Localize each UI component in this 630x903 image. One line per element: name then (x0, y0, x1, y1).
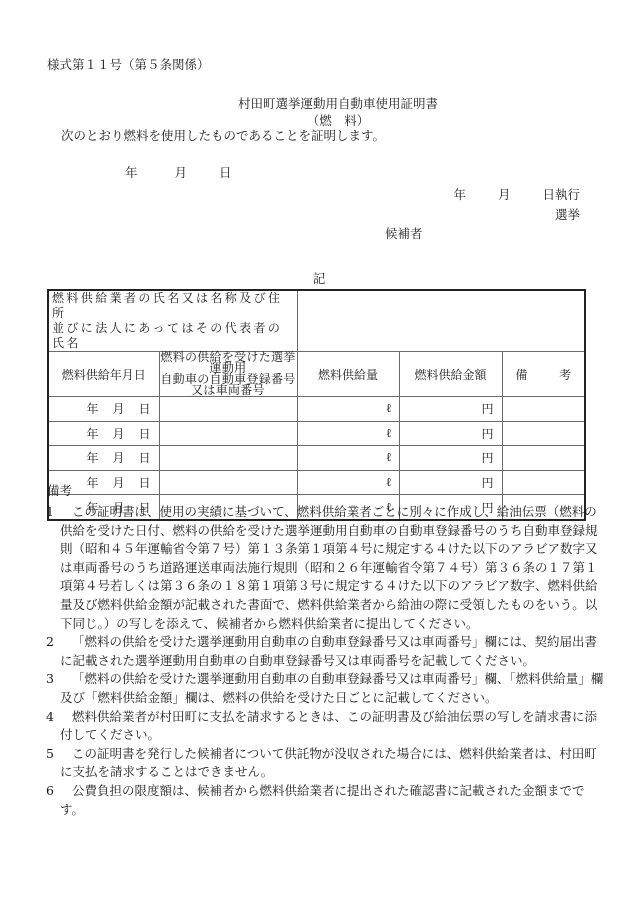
election-label: 選挙 (555, 209, 580, 222)
note-number: 5 (46, 745, 54, 764)
table-row: 年月日 ℓ 円 (48, 446, 585, 471)
supply-date-field[interactable]: 年月日 (48, 446, 159, 471)
notes-heading: 備考 (47, 485, 72, 498)
note-item: 5 この証明書を発行した候補者について供託物が没収された場合には、燃料供給業者は… (47, 745, 607, 782)
fuel-quantity-field[interactable]: ℓ (297, 397, 399, 422)
fuel-amount-field[interactable]: 円 (399, 397, 502, 422)
note-text: 燃料供給業者が村田町に支払を請求するときは、この証明書及び給油伝票の写しを請求書… (60, 708, 607, 745)
note-number: 6 (46, 782, 54, 801)
header-vehicle-number: 燃料の供給を受けた選挙運動用 自動車の自動車登録番号又は車両番号 (159, 352, 297, 397)
note-number: 3 (46, 670, 54, 689)
table-row: 年月日 ℓ 円 (48, 397, 585, 422)
issue-month-label: 月 (175, 167, 188, 180)
supplier-name-label: 燃料供給業者の氏名又は名称及び住所 並びに法人にあってはその代表者の氏名 (48, 290, 297, 352)
fuel-amount-field[interactable]: 円 (399, 446, 502, 471)
note-item: 1 この証明書は、使用の実績に基づいて、燃料供給業者ごとに別々に作成し、給油伝票… (47, 503, 607, 633)
issue-date: 年 月 日 (125, 167, 232, 180)
note-item: 6 公費負担の限度額は、候補者から燃料供給業者に提出された確認書に記載された金額… (47, 782, 607, 819)
remarks-field[interactable] (502, 397, 585, 422)
header-row: 燃料供給年月日 燃料の供給を受けた選挙運動用 自動車の自動車登録番号又は車両番号… (48, 352, 585, 397)
note-text: この証明書を発行した候補者について供託物が没収された場合には、燃料供給業者は、村… (60, 745, 607, 782)
fuel-amount-field[interactable]: 円 (399, 470, 502, 495)
record-marker: 記 (0, 273, 630, 286)
supply-date-field[interactable]: 年月日 (48, 397, 159, 422)
issue-day-label: 日 (219, 167, 232, 180)
remarks-field[interactable] (502, 446, 585, 471)
vehicle-number-field[interactable] (159, 446, 297, 471)
exec-year-label: 年 (453, 187, 466, 202)
supplier-row: 燃料供給業者の氏名又は名称及び住所 並びに法人にあってはその代表者の氏名 (48, 290, 585, 352)
certification-statement: 次のとおり燃料を使用したものであることを証明します。 (61, 130, 385, 143)
election-execution-date: 年 月 日執行 (453, 189, 580, 202)
header-remarks: 備 考 (502, 352, 585, 397)
fuel-supply-table: 燃料供給業者の氏名又は名称及び住所 並びに法人にあってはその代表者の氏名 燃料供… (47, 289, 586, 521)
exec-day-label: 日執行 (542, 189, 580, 202)
note-item: 3 「燃料の供給を受けた選挙運動用自動車の自動車登録番号又は車両番号」欄、「燃料… (47, 670, 607, 707)
document-title: 村田町選挙運動用自動車使用証明書 (0, 98, 630, 111)
note-text: この証明書は、使用の実績に基づいて、燃料供給業者ごとに別々に作成し、給油伝票（燃… (60, 503, 607, 633)
note-text: 公費負担の限度額は、候補者から燃料供給業者に提出された確認書に記載された金額まで… (60, 782, 607, 819)
header-fuel-amount: 燃料供給金額 (399, 352, 502, 397)
notes-list: 1 この証明書は、使用の実績に基づいて、燃料供給業者ごとに別々に作成し、給油伝票… (47, 503, 607, 819)
supply-date-field[interactable]: 年月日 (48, 421, 159, 446)
note-text: 「燃料の供給を受けた選挙運動用自動車の自動車登録番号又は車両番号」欄には、契約届… (60, 633, 607, 670)
table-row: 年月日 ℓ 円 (48, 470, 585, 495)
fuel-quantity-field[interactable]: ℓ (297, 421, 399, 446)
vehicle-number-field[interactable] (159, 397, 297, 422)
header-supply-date: 燃料供給年月日 (48, 352, 159, 397)
fuel-amount-field[interactable]: 円 (399, 421, 502, 446)
header-fuel-quantity: 燃料供給量 (297, 352, 399, 397)
remarks-field[interactable] (502, 421, 585, 446)
issue-year-label: 年 (125, 167, 138, 180)
vehicle-number-field[interactable] (159, 470, 297, 495)
note-number: 1 (46, 503, 54, 522)
fuel-quantity-field[interactable]: ℓ (297, 446, 399, 471)
form-number: 様式第１１号（第５条関係） (47, 59, 210, 72)
note-item: 4 燃料供給業者が村田町に支払を請求するときは、この証明書及び給油伝票の写しを請… (47, 708, 607, 745)
exec-month-label: 月 (498, 189, 511, 202)
fuel-quantity-field[interactable]: ℓ (297, 470, 399, 495)
candidate-label: 候補者 (385, 228, 423, 241)
note-number: 2 (46, 633, 54, 652)
note-text: 「燃料の供給を受けた選挙運動用自動車の自動車登録番号又は車両番号」欄、「燃料供給… (60, 670, 607, 707)
supplier-name-field[interactable] (297, 290, 585, 352)
document-subtitle: （燃 料） (0, 115, 630, 128)
remarks-field[interactable] (502, 470, 585, 495)
vehicle-number-field[interactable] (159, 421, 297, 446)
table-row: 年月日 ℓ 円 (48, 421, 585, 446)
note-item: 2 「燃料の供給を受けた選挙運動用自動車の自動車登録番号又は車両番号」欄には、契… (47, 633, 607, 670)
note-number: 4 (46, 708, 54, 727)
